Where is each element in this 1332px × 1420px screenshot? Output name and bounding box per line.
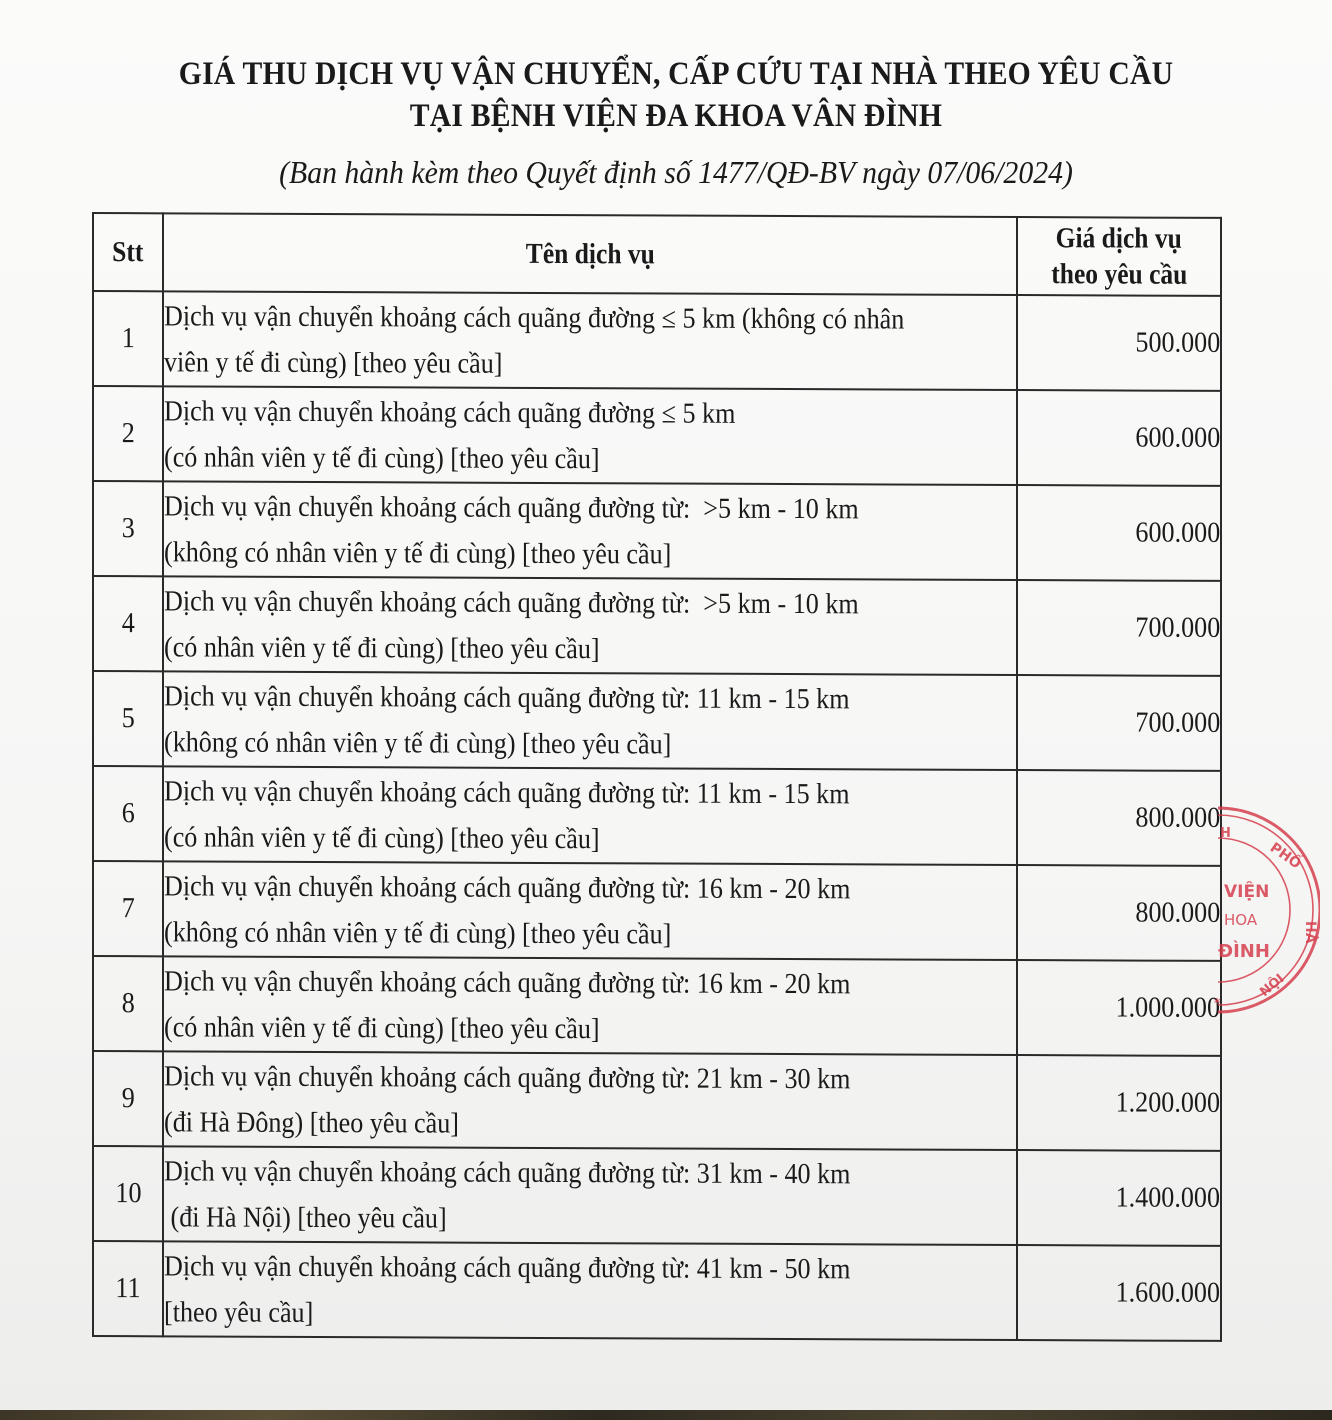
table-row: 7Dịch vụ vận chuyển khoảng cách quãng đư… <box>93 861 1221 961</box>
row-service-name: Dịch vụ vận chuyển khoảng cách quãng đườ… <box>163 956 1017 1055</box>
document-subtitle: (Ban hành kèm theo Quyết định số 1477/QĐ… <box>47 154 1304 191</box>
row-price: 1.400.000 <box>1017 1150 1221 1246</box>
service-name-line2: (có nhân viên y tế đi cùng) [theo yêu cầ… <box>164 814 600 862</box>
background-strip <box>0 1410 1332 1420</box>
row-stt: 11 <box>93 1241 163 1336</box>
row-price: 600.000 <box>1017 390 1221 486</box>
service-name-line2: (đi Hà Đông) [theo yêu cầu] <box>164 1099 459 1146</box>
row-stt: 3 <box>93 481 163 576</box>
header-price-line2: theo yêu cầu <box>1051 256 1187 293</box>
row-service-name: Dịch vụ vận chuyển khoảng cách quãng đườ… <box>163 861 1017 960</box>
row-price: 800.000 <box>1017 770 1221 866</box>
document-title-line1: GIÁ THU DỊCH VỤ VẬN CHUYỂN, CẤP CỨU TẠI … <box>68 56 1285 93</box>
table-row: 4Dịch vụ vận chuyển khoảng cách quãng đư… <box>93 576 1221 676</box>
service-name-line1: Dịch vụ vận chuyển khoảng cách quãng đườ… <box>164 1148 850 1197</box>
service-name-line2: (có nhân viên y tế đi cùng) [theo yêu cầ… <box>164 434 600 482</box>
header-service-name: Tên dịch vụ <box>163 213 1017 295</box>
svg-text:NỘI: NỘI <box>1257 971 1288 1000</box>
table-row: 11Dịch vụ vận chuyển khoảng cách quãng đ… <box>93 1241 1221 1341</box>
service-name-line2: [theo yêu cầu] <box>164 1289 313 1336</box>
service-name-line2: (không có nhân viên y tế đi cùng) [theo … <box>164 529 671 577</box>
table-row: 3Dịch vụ vận chuyển khoảng cách quãng đư… <box>93 481 1221 581</box>
row-stt: 7 <box>93 861 163 956</box>
row-price: 1.600.000 <box>1017 1245 1221 1341</box>
service-name-line1: Dịch vụ vận chuyển khoảng cách quãng đườ… <box>164 578 859 627</box>
service-name-line1: Dịch vụ vận chuyển khoảng cách quãng đườ… <box>164 388 735 436</box>
service-name-line1: Dịch vụ vận chuyển khoảng cách quãng đườ… <box>164 863 850 912</box>
row-stt: 8 <box>93 956 163 1051</box>
service-name-line1: Dịch vụ vận chuyển khoảng cách quãng đườ… <box>164 483 859 532</box>
svg-text:ĐÌNH: ĐÌNH <box>1218 940 1270 962</box>
header-stt: Stt <box>93 213 163 291</box>
service-name-line2: (không có nhân viên y tế đi cùng) [theo … <box>164 719 671 767</box>
svg-text:HOA: HOA <box>1224 911 1258 929</box>
header-price-line1: Giá dịch vụ <box>1056 220 1182 257</box>
row-price: 700.000 <box>1017 580 1221 676</box>
row-stt: 9 <box>93 1051 163 1146</box>
row-service-name: Dịch vụ vận chuyển khoảng cách quãng đườ… <box>163 1146 1017 1245</box>
service-name-line1: Dịch vụ vận chuyển khoảng cách quãng đườ… <box>164 293 904 342</box>
row-price: 1.200.000 <box>1017 1055 1221 1151</box>
row-service-name: Dịch vụ vận chuyển khoảng cách quãng đườ… <box>163 481 1017 580</box>
table-row: 2Dịch vụ vận chuyển khoảng cách quãng đư… <box>93 386 1221 486</box>
service-name-line1: Dịch vụ vận chuyển khoảng cách quãng đườ… <box>164 958 850 1007</box>
row-price: 500.000 <box>1017 295 1221 391</box>
table-row: 9Dịch vụ vận chuyển khoảng cách quãng đư… <box>93 1051 1221 1151</box>
row-service-name: Dịch vụ vận chuyển khoảng cách quãng đườ… <box>163 291 1017 390</box>
table-row: 5Dịch vụ vận chuyển khoảng cách quãng đư… <box>93 671 1221 771</box>
row-price: 1.000.000 <box>1017 960 1221 1056</box>
service-name-line2: (đi Hà Nội) [theo yêu cầu] <box>164 1194 447 1241</box>
row-service-name: Dịch vụ vận chuyển khoảng cách quãng đườ… <box>163 576 1017 675</box>
row-service-name: Dịch vụ vận chuyển khoảng cách quãng đườ… <box>163 766 1017 865</box>
svg-text:PHỐ: PHỐ <box>1267 836 1306 872</box>
table-row: 1Dịch vụ vận chuyển khoảng cách quãng đư… <box>93 291 1221 391</box>
service-name-line2: (có nhân viên y tế đi cùng) [theo yêu cầ… <box>164 1004 600 1052</box>
row-stt: 2 <box>93 386 163 481</box>
service-name-line1: Dịch vụ vận chuyển khoảng cách quãng đườ… <box>164 768 850 817</box>
service-name-line1: Dịch vụ vận chuyển khoảng cách quãng đườ… <box>164 673 850 722</box>
row-stt: 5 <box>93 671 163 766</box>
service-name-line2: (không có nhân viên y tế đi cùng) [theo … <box>164 909 671 957</box>
row-stt: 6 <box>93 766 163 861</box>
svg-text:HÀ: HÀ <box>1302 921 1319 944</box>
service-name-line1: Dịch vụ vận chuyển khoảng cách quãng đườ… <box>164 1243 850 1292</box>
document-title-line2: TẠI BỆNH VIỆN ĐA KHOA VÂN ĐÌNH <box>68 98 1285 135</box>
table-row: 10Dịch vụ vận chuyển khoảng cách quãng đ… <box>93 1146 1221 1246</box>
table-row: 6Dịch vụ vận chuyển khoảng cách quãng đư… <box>93 766 1221 866</box>
service-name-line1: Dịch vụ vận chuyển khoảng cách quãng đườ… <box>164 1053 850 1102</box>
row-price: 800.000 <box>1017 865 1221 961</box>
service-name-line2: (có nhân viên y tế đi cùng) [theo yêu cầ… <box>164 624 600 672</box>
row-service-name: Dịch vụ vận chuyển khoảng cách quãng đườ… <box>163 671 1017 770</box>
header-price: Giá dịch vụ theo yêu cầu <box>1017 217 1221 296</box>
row-price: 600.000 <box>1017 485 1221 581</box>
row-price: 700.000 <box>1017 675 1221 771</box>
service-name-line2: viên y tế đi cùng) [theo yêu cầu] <box>164 339 502 386</box>
document-page: GIÁ THU DỊCH VỤ VẬN CHUYỂN, CẤP CỨU TẠI … <box>0 0 1332 1410</box>
row-service-name: Dịch vụ vận chuyển khoảng cách quãng đườ… <box>163 1241 1017 1340</box>
price-table: Stt Tên dịch vụ Giá dịch vụ theo yêu cầu… <box>92 212 1222 1342</box>
row-service-name: Dịch vụ vận chuyển khoảng cách quãng đườ… <box>163 386 1017 485</box>
row-stt: 1 <box>93 291 163 386</box>
row-stt: 4 <box>93 576 163 671</box>
row-service-name: Dịch vụ vận chuyển khoảng cách quãng đườ… <box>163 1051 1017 1150</box>
table-header-row: Stt Tên dịch vụ Giá dịch vụ theo yêu cầu <box>93 213 1221 296</box>
row-stt: 10 <box>93 1146 163 1241</box>
table-row: 8Dịch vụ vận chuyển khoảng cách quãng đư… <box>93 956 1221 1056</box>
svg-text:VIỆN: VIỆN <box>1224 880 1269 902</box>
